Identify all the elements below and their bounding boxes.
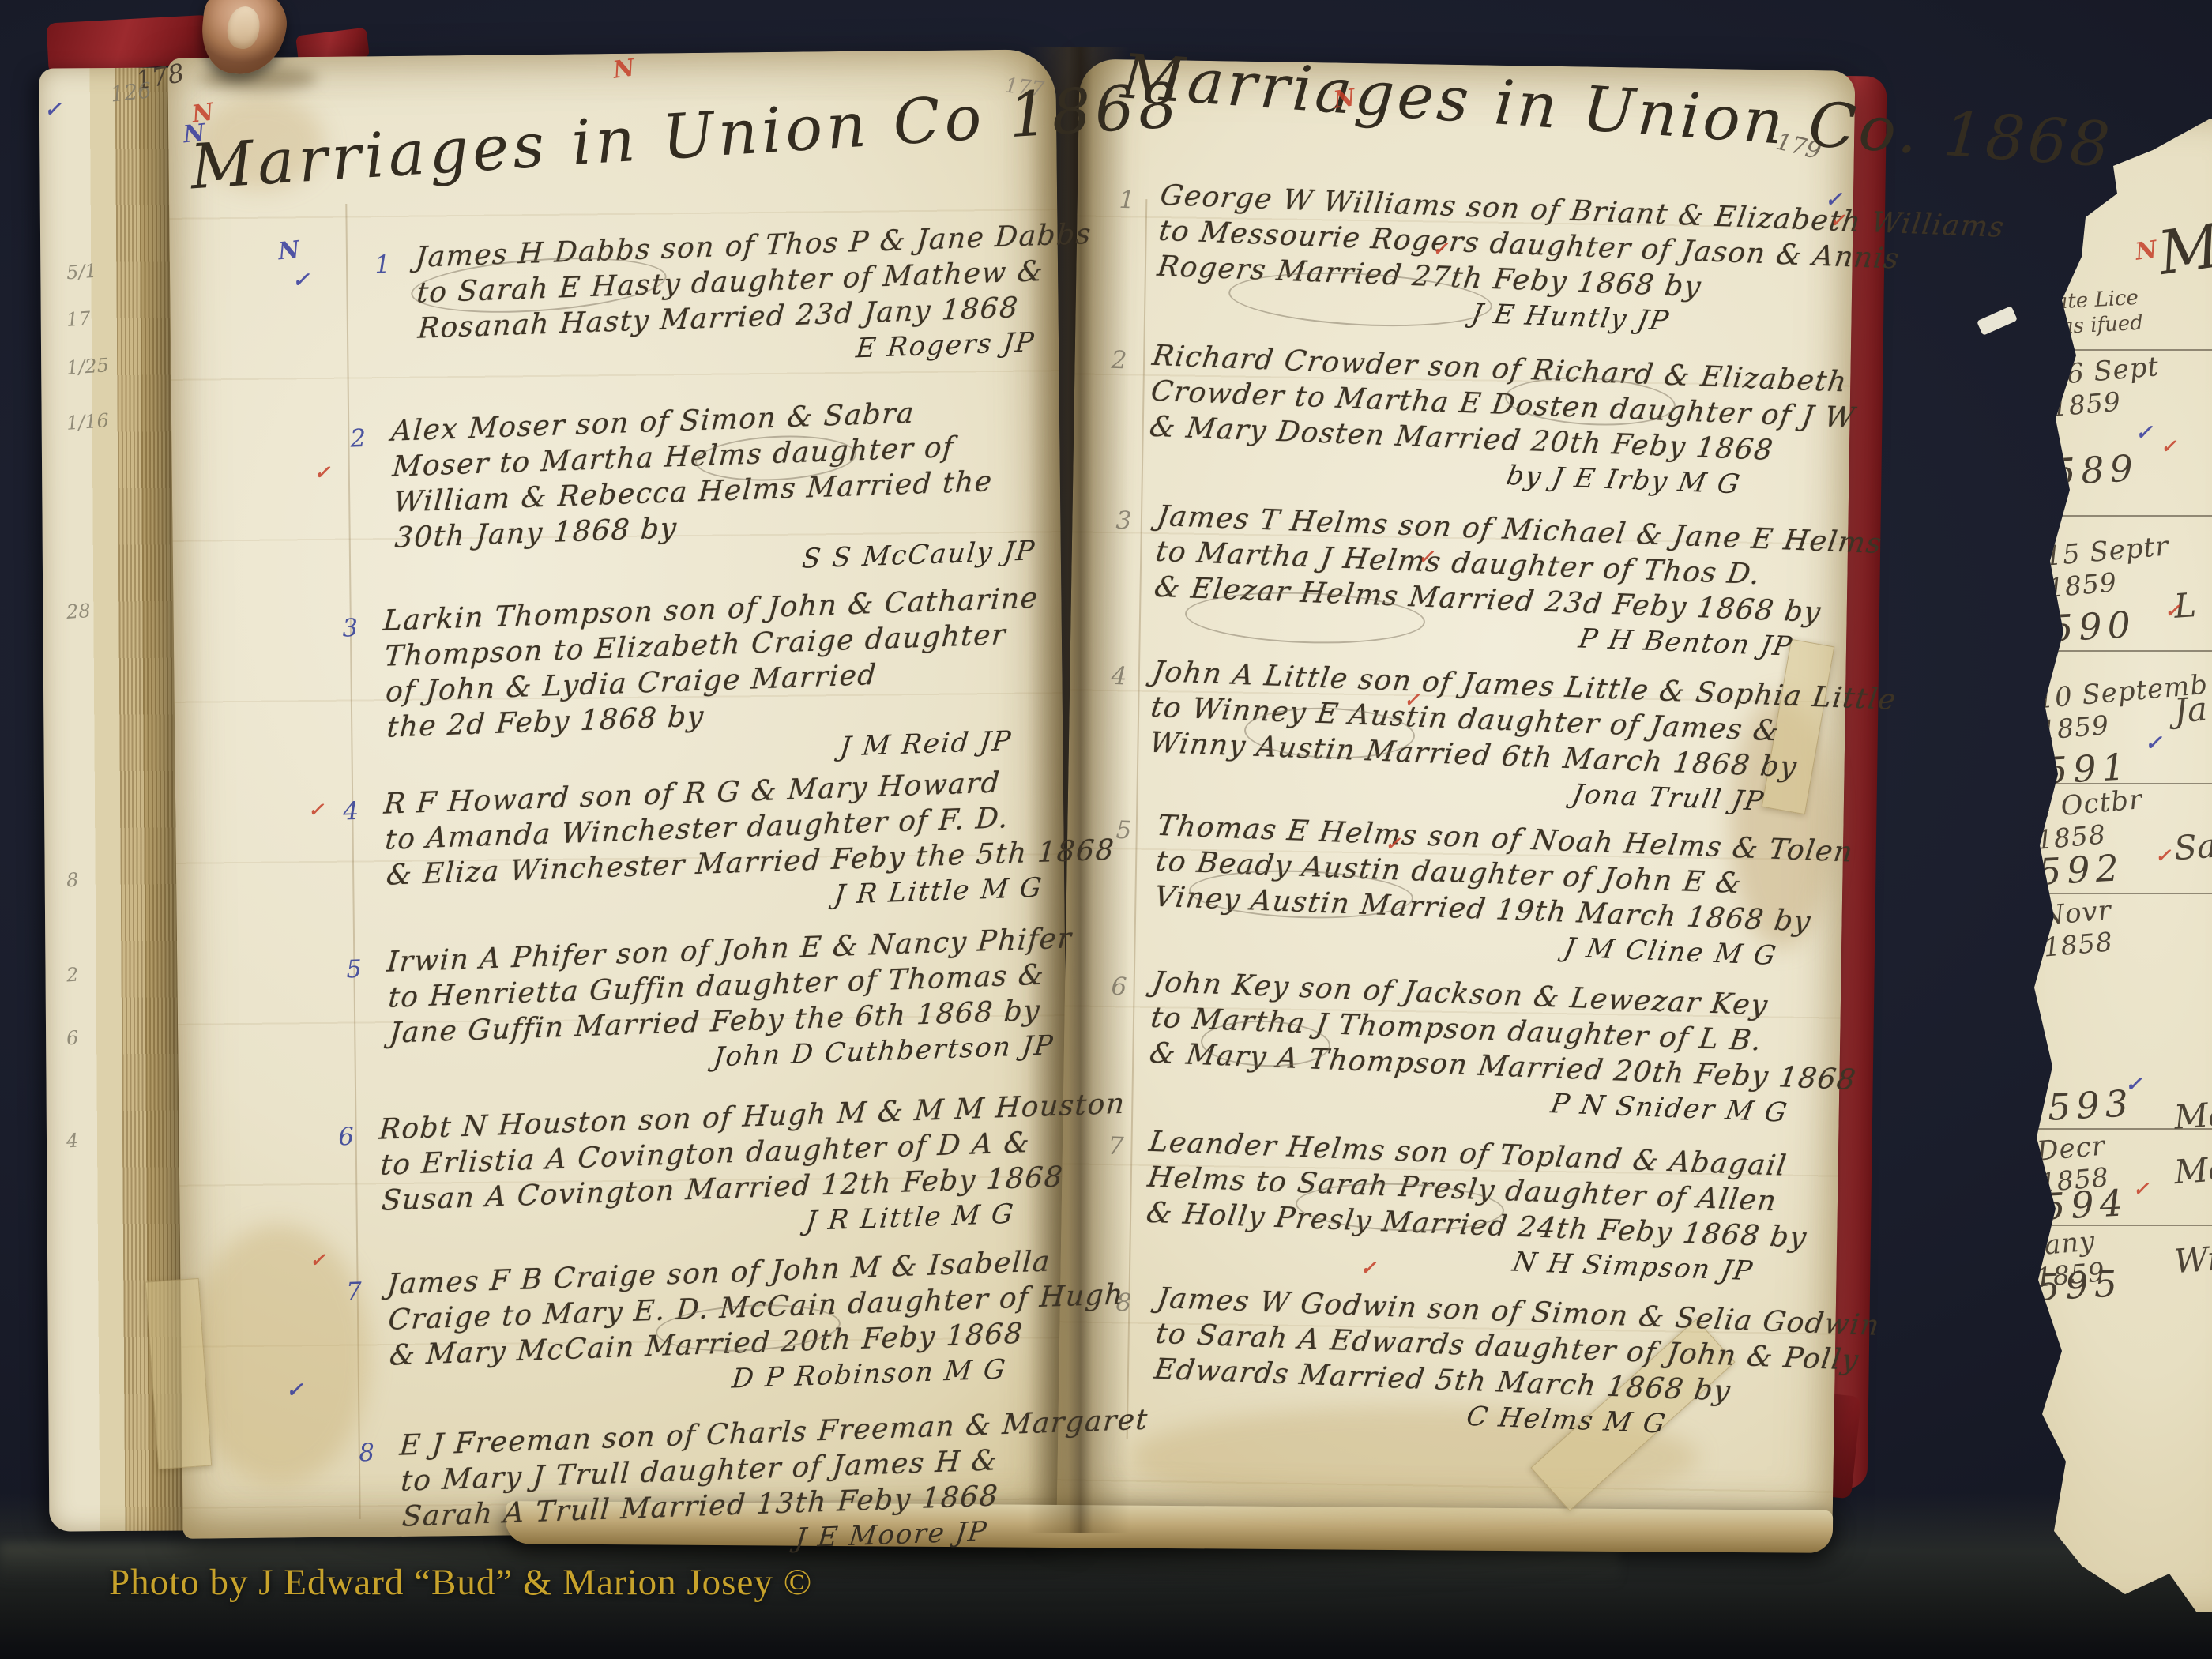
fragment-row-separator [2029, 1128, 2212, 1130]
sliver-margin-mark: 2 [66, 964, 79, 987]
marriage-entry: 1George W Williams son of Briant & Eliza… [1156, 178, 1872, 346]
n-mark-red: N [1332, 84, 1357, 114]
fragment-column-divider [2169, 348, 2169, 1390]
check-mark-red: ✓ [1418, 545, 1434, 568]
sliver-margin-mark: 1/25 [66, 354, 110, 379]
fragment-row-number: 595 [2036, 1262, 2124, 1309]
check-mark-blue: ✓ [2125, 1073, 2142, 1097]
sliver-margin-mark: 4 [66, 1130, 79, 1153]
marriage-entry: 8James W Godwin son of Simon & Selia God… [1153, 1281, 1868, 1449]
entry-margin-number: 8 [359, 1439, 375, 1468]
fragment-row-name-partial: Mary [2172, 1092, 2212, 1137]
check-mark-red: ✓ [308, 798, 324, 821]
paper-stain [188, 1224, 370, 1485]
n-mark-red: N [611, 54, 637, 84]
sliver-margin-mark: 6 [66, 1027, 79, 1050]
check-mark-red: ✓ [1432, 237, 1448, 260]
marriage-entry: 4R F Howard son of R G & Mary Howardto A… [383, 762, 1099, 927]
entry-margin-number: 6 [1111, 972, 1127, 1002]
entry-margin-number: 2 [1111, 346, 1127, 375]
entry-margin-number: 4 [343, 797, 359, 826]
n-mark-blue: N [182, 119, 206, 149]
fragment-row-name-partial: Mea [2172, 1148, 2212, 1191]
sliver-margin-mark: 8 [66, 869, 79, 892]
marriage-entry: 5Irwin A Phifer son of John E & Nancy Ph… [386, 920, 1102, 1085]
entry-margin-number: 3 [342, 614, 359, 643]
check-mark-red: ✓ [1404, 688, 1420, 711]
fragment-row-date: 26 Sept1859 [2048, 351, 2163, 423]
entry-margin-number: 6 [338, 1123, 355, 1152]
fragment-row-name-partial: Ja [2172, 690, 2208, 731]
entry-margin-number: 8 [1115, 1288, 1132, 1318]
photo-canvas: 178 177 179 126 5/1171/251/16288264 Marr… [0, 0, 2212, 1659]
sliver-margin-mark: 17 [66, 307, 91, 331]
entry-margin-number: 5 [1115, 816, 1132, 845]
sliver-margin-mark: 1/16 [66, 409, 110, 434]
fragment-column-header: date Lice was ifued [2041, 285, 2143, 341]
fragment-row-year: 1859 [2046, 562, 2172, 604]
fragment-column-header-line: was ifued [2043, 310, 2144, 341]
finger-shadow [199, 66, 318, 90]
fragment-row-year: 1859 [2050, 382, 2163, 423]
photo-caption: Photo by J Edward “Bud” & Marion Josey © [109, 1561, 812, 1604]
entry-margin-number: 1 [374, 250, 391, 280]
fragment-row-separator [2029, 783, 2212, 784]
check-mark-red: ✓ [1360, 1256, 1376, 1279]
check-mark-red: ✓ [2161, 434, 2176, 457]
sliver-page-number: 126 [110, 78, 153, 107]
fragment-row-number: 593 [2047, 1082, 2135, 1129]
check-mark-red: ✓ [1385, 832, 1401, 855]
marriage-entry: 2Richard Crowder son of Richard & Elizab… [1148, 338, 1864, 506]
fragment-row-separator [2029, 650, 2212, 652]
check-mark-blue: ✓ [2145, 732, 2162, 755]
n-mark-red: N [2134, 235, 2159, 265]
fragment-row-name-partial: Sam [2172, 824, 2212, 867]
n-mark-blue: N [276, 236, 301, 266]
check-mark-red: ✓ [310, 1248, 325, 1271]
entry-margin-number: 5 [346, 955, 363, 984]
fragment-row-separator [2029, 515, 2212, 517]
check-mark-red: ✓ [1830, 209, 1845, 231]
entry-margin-number: 7 [346, 1277, 363, 1307]
fragment-row-separator [2029, 1224, 2212, 1226]
marriage-entry: 2Alex Moser son of Simon & SabraMoser to… [390, 389, 1107, 590]
fingernail [224, 4, 263, 51]
fragment-row-separator [2029, 349, 2212, 351]
entry-margin-number: 1 [1119, 186, 1135, 215]
entry-margin-number: 3 [1115, 506, 1132, 536]
entry-margin-number: 2 [350, 424, 367, 453]
fragment-header-partial: Ma [2154, 205, 2212, 288]
entry-margin-number: 4 [1111, 662, 1127, 691]
check-mark-red: ✓ [314, 461, 330, 483]
paper-scrap [1977, 306, 2018, 336]
fragment-row-name-partial: Willia [2172, 1236, 2212, 1281]
check-mark-red: ✓ [2155, 844, 2171, 867]
marriage-entry: 6Robt N Houston son of Hugh M & M M Hous… [378, 1087, 1094, 1253]
sliver-margin-mark: 5/1 [66, 260, 97, 284]
check-mark-blue: ✓ [286, 1379, 303, 1402]
fragment-row-separator [2029, 893, 2212, 894]
marriage-entry: 8E J Freeman son of Charls Freeman & Mar… [399, 1403, 1115, 1569]
marriage-entry: 3James T Helms son of Michael & Jane E H… [1153, 498, 1868, 667]
check-mark-blue: ✓ [1825, 188, 1842, 212]
sliver-margin-mark: 28 [66, 600, 91, 623]
fragment-row-date: 4 Octbr1858 [2033, 784, 2146, 856]
torn-index-fragment: Ma date Lice was ifued 26 Sept185958915 … [2007, 118, 2212, 1612]
fragment-row-year: 1858 [2042, 926, 2116, 964]
check-mark-blue: ✓ [292, 269, 310, 292]
fragment-row-number: 592 [2037, 846, 2125, 893]
check-mark-blue: ✓ [44, 98, 62, 122]
fragment-row-date: 15 Septr1859 [2044, 530, 2173, 604]
marriage-entry: 3Larkin Thompson son of John & Catharine… [382, 578, 1099, 780]
check-mark-red: ✓ [2165, 599, 2180, 622]
fragment-row-number: 594 [2041, 1181, 2129, 1228]
check-mark-blue: ✓ [2135, 421, 2153, 445]
fragment-row-date: Novr1858 [2040, 894, 2116, 964]
entry-margin-number: 7 [1108, 1132, 1124, 1161]
fragment-row-number: 589 [2052, 446, 2139, 494]
fragment-row-number: 590 [2049, 603, 2137, 650]
check-mark-red: ✓ [2133, 1177, 2149, 1200]
